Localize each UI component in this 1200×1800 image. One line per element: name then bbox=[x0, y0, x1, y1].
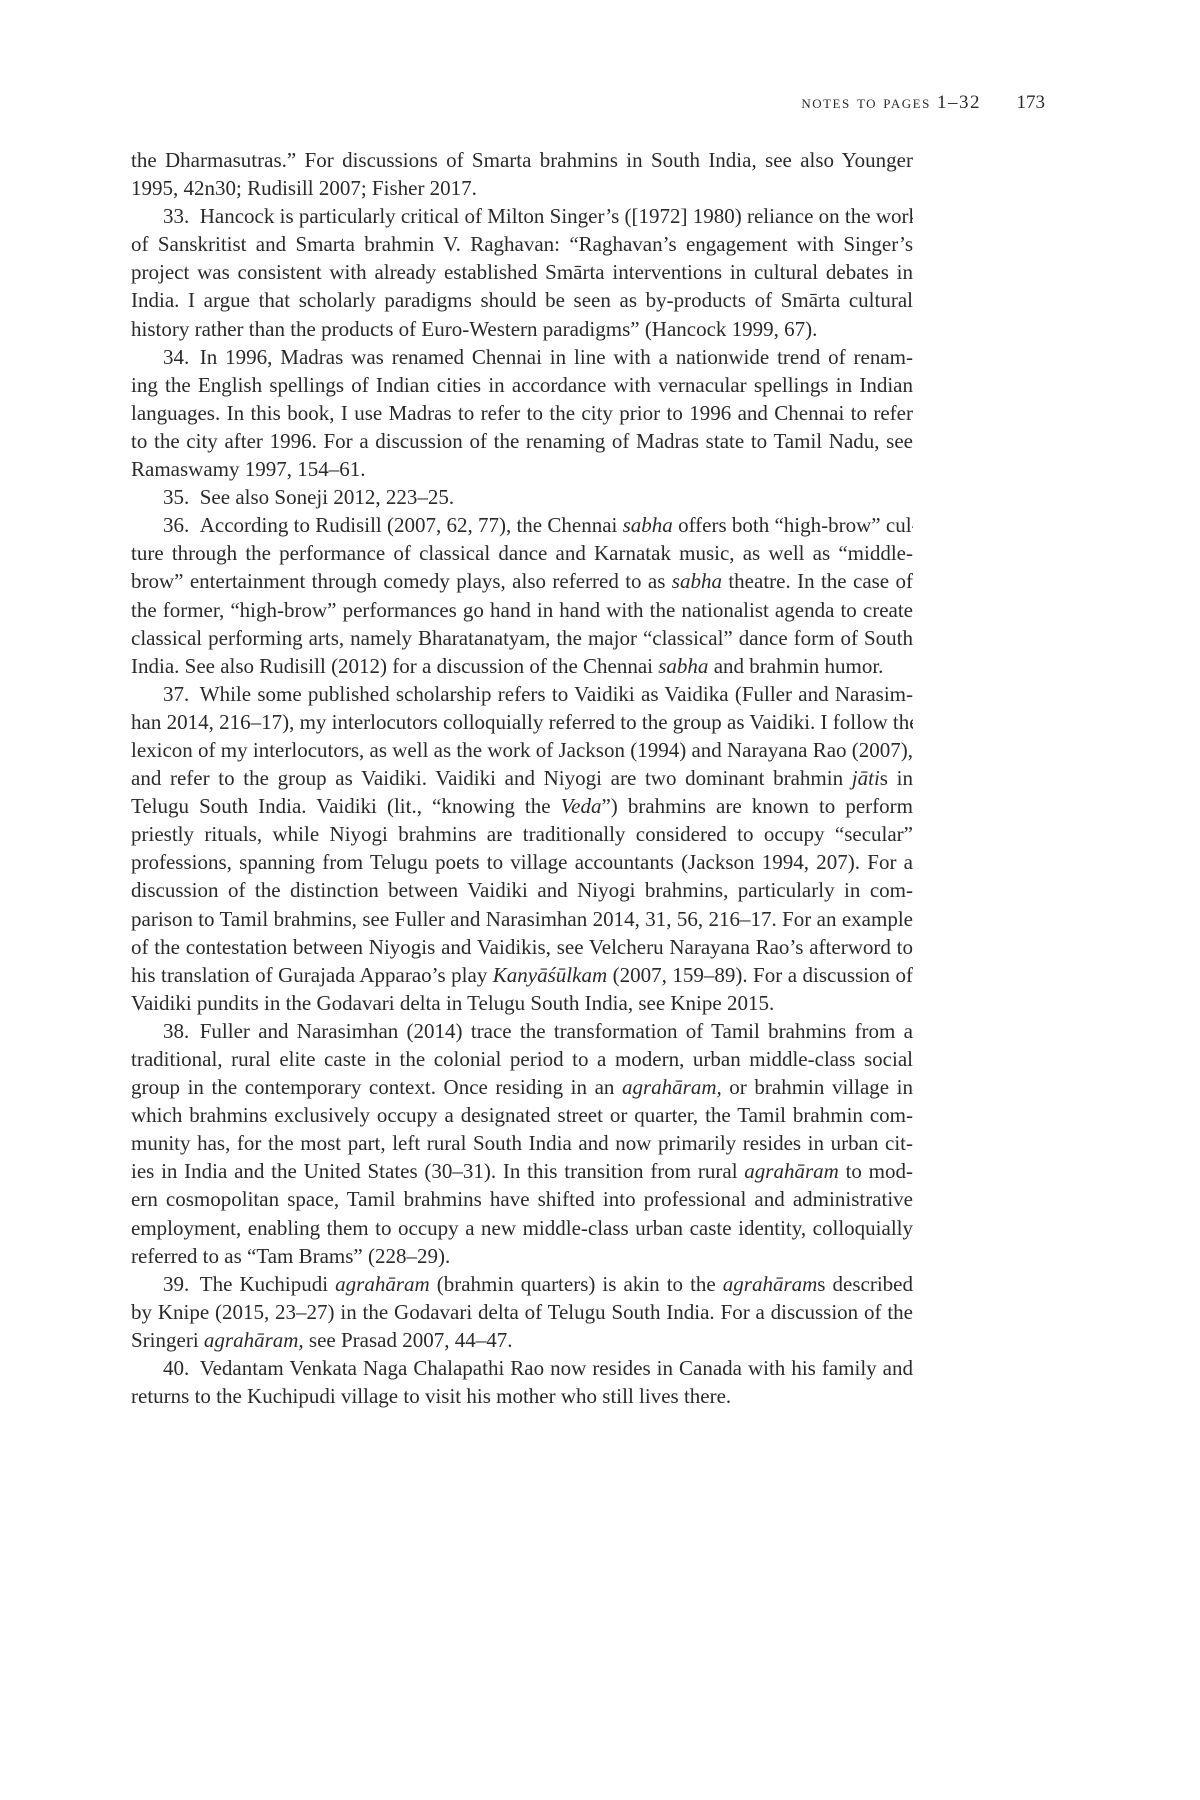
endnote-line: the Dharmasutras.” For discussions of Sm… bbox=[131, 146, 913, 174]
endnote-line: priestly rituals, while Niyogi brahmins … bbox=[131, 820, 913, 848]
endnote-number: 39. bbox=[163, 1272, 200, 1296]
endnote-text: Vedantam Venkata Naga Chalapathi Rao now… bbox=[200, 1356, 913, 1380]
endnotes-body: the Dharmasutras.” For discussions of Sm… bbox=[131, 146, 913, 1410]
endnote-text: The Kuchipudi agrahāram (brahmin quarter… bbox=[200, 1272, 913, 1296]
endnote-number: 37. bbox=[163, 682, 200, 706]
endnote-line: munity has, for the most part, left rura… bbox=[131, 1129, 913, 1157]
endnote-line: 38. Fuller and Narasimhan (2014) trace t… bbox=[131, 1017, 913, 1045]
endnote-text: While some published scholarship refers … bbox=[200, 682, 913, 706]
endnote-line: referred to as “Tam Brams” (228–29). bbox=[131, 1242, 913, 1270]
endnote-line: professions, spanning from Telugu poets … bbox=[131, 848, 913, 876]
endnote-line: 34. In 1996, Madras was renamed Chennai … bbox=[131, 343, 913, 371]
endnote-line: 40. Vedantam Venkata Naga Chalapathi Rao… bbox=[131, 1354, 913, 1382]
endnote-line: traditional, rural elite caste in the co… bbox=[131, 1045, 913, 1073]
endnote-36: 36. According to Rudisill (2007, 62, 77)… bbox=[131, 511, 913, 680]
endnote-line: his translation of Gurajada Apparao’s pl… bbox=[131, 961, 913, 989]
endnote-line: classical performing arts, namely Bharat… bbox=[131, 624, 913, 652]
endnote-34: 34. In 1996, Madras was renamed Chennai … bbox=[131, 343, 913, 483]
endnote-37: 37. While some published scholarship ref… bbox=[131, 680, 913, 1017]
endnote-line: Telugu South India. Vaidiki (lit., “know… bbox=[131, 792, 913, 820]
endnote-text: According to Rudisill (2007, 62, 77), th… bbox=[200, 513, 913, 537]
page-number: 173 bbox=[1017, 92, 1046, 114]
endnote-line: to the city after 1996. For a discussion… bbox=[131, 427, 913, 455]
endnote-line: India. See also Rudisill (2012) for a di… bbox=[131, 652, 913, 680]
endnote-number: 38. bbox=[163, 1019, 200, 1043]
endnote-38: 38. Fuller and Narasimhan (2014) trace t… bbox=[131, 1017, 913, 1270]
endnote-40: 40. Vedantam Venkata Naga Chalapathi Rao… bbox=[131, 1354, 913, 1410]
endnote-text: See also Soneji 2012, 223–25. bbox=[200, 485, 454, 509]
endnote-number: 35. bbox=[163, 485, 200, 509]
endnote-text: In 1996, Madras was renamed Chennai in l… bbox=[200, 345, 913, 369]
endnote-line: of the contestation between Niyogis and … bbox=[131, 933, 913, 961]
running-head-title: NOTES TO PAGES 1–32 bbox=[801, 92, 981, 113]
endnote-line: lexicon of my interlocutors, as well as … bbox=[131, 736, 913, 764]
endnote-line: ies in India and the United States (30–3… bbox=[131, 1157, 913, 1185]
endnote-line: parison to Tamil brahmins, see Fuller an… bbox=[131, 905, 913, 933]
endnote-text: Fuller and Narasimhan (2014) trace the t… bbox=[200, 1019, 913, 1043]
endnote-line: and refer to the group as Vaidiki. Vaidi… bbox=[131, 764, 913, 792]
book-page: NOTES TO PAGES 1–32 173 the Dharmasutras… bbox=[0, 0, 1200, 1800]
endnote-line: brow” entertainment through comedy plays… bbox=[131, 567, 913, 595]
endnote-line: han 2014, 216–17), my interlocutors coll… bbox=[131, 708, 913, 736]
endnote-line: 36. According to Rudisill (2007, 62, 77)… bbox=[131, 511, 913, 539]
endnote-line: India. I argue that scholarly paradigms … bbox=[131, 286, 913, 314]
endnote-line: group in the contemporary context. Once … bbox=[131, 1073, 913, 1101]
endnote-line: the former, “high-brow” performances go … bbox=[131, 596, 913, 624]
endnote-39: 39. The Kuchipudi agrahāram (brahmin qua… bbox=[131, 1270, 913, 1354]
endnote-line: Vaidiki pundits in the Godavari delta in… bbox=[131, 989, 913, 1017]
endnote-line: 39. The Kuchipudi agrahāram (brahmin qua… bbox=[131, 1270, 913, 1298]
endnote-text: Hancock is particularly critical of Milt… bbox=[200, 204, 913, 228]
endnote-33: 33. Hancock is particularly critical of … bbox=[131, 202, 913, 342]
endnote-line: 37. While some published scholarship ref… bbox=[131, 680, 913, 708]
endnote-line: history rather than the products of Euro… bbox=[131, 315, 913, 343]
endnote-line: 1995, 42n30; Rudisill 2007; Fisher 2017. bbox=[131, 174, 913, 202]
endnote-line: ern cosmopolitan space, Tamil brahmins h… bbox=[131, 1185, 913, 1213]
endnote-number: 40. bbox=[163, 1356, 200, 1380]
endnote-line: of Sanskritist and Smarta brahmin V. Rag… bbox=[131, 230, 913, 258]
endnote-line: ing the English spellings of Indian citi… bbox=[131, 371, 913, 399]
endnote-number: 33. bbox=[163, 204, 200, 228]
endnote-line: Sringeri agrahāram, see Prasad 2007, 44–… bbox=[131, 1326, 913, 1354]
endnote-35: 35. See also Soneji 2012, 223–25. bbox=[131, 483, 913, 511]
endnote-line: languages. In this book, I use Madras to… bbox=[131, 399, 913, 427]
endnote-line: project was consistent with already esta… bbox=[131, 258, 913, 286]
endnote-number: 36. bbox=[163, 513, 200, 537]
endnote-number: 34. bbox=[163, 345, 200, 369]
endnote-line: ture through the performance of classica… bbox=[131, 539, 913, 567]
endnote-cont: the Dharmasutras.” For discussions of Sm… bbox=[131, 146, 913, 202]
endnote-line: by Knipe (2015, 23–27) in the Godavari d… bbox=[131, 1298, 913, 1326]
endnote-line: which brahmins exclusively occupy a desi… bbox=[131, 1101, 913, 1129]
endnote-line: discussion of the distinction between Va… bbox=[131, 876, 913, 904]
endnote-line: 35. See also Soneji 2012, 223–25. bbox=[131, 483, 913, 511]
running-head: NOTES TO PAGES 1–32 173 bbox=[0, 92, 1045, 114]
endnote-line: returns to the Kuchipudi village to visi… bbox=[131, 1382, 913, 1410]
endnote-line: employment, enabling them to occupy a ne… bbox=[131, 1214, 913, 1242]
endnote-line: 33. Hancock is particularly critical of … bbox=[131, 202, 913, 230]
endnote-line: Ramaswamy 1997, 154–61. bbox=[131, 455, 913, 483]
